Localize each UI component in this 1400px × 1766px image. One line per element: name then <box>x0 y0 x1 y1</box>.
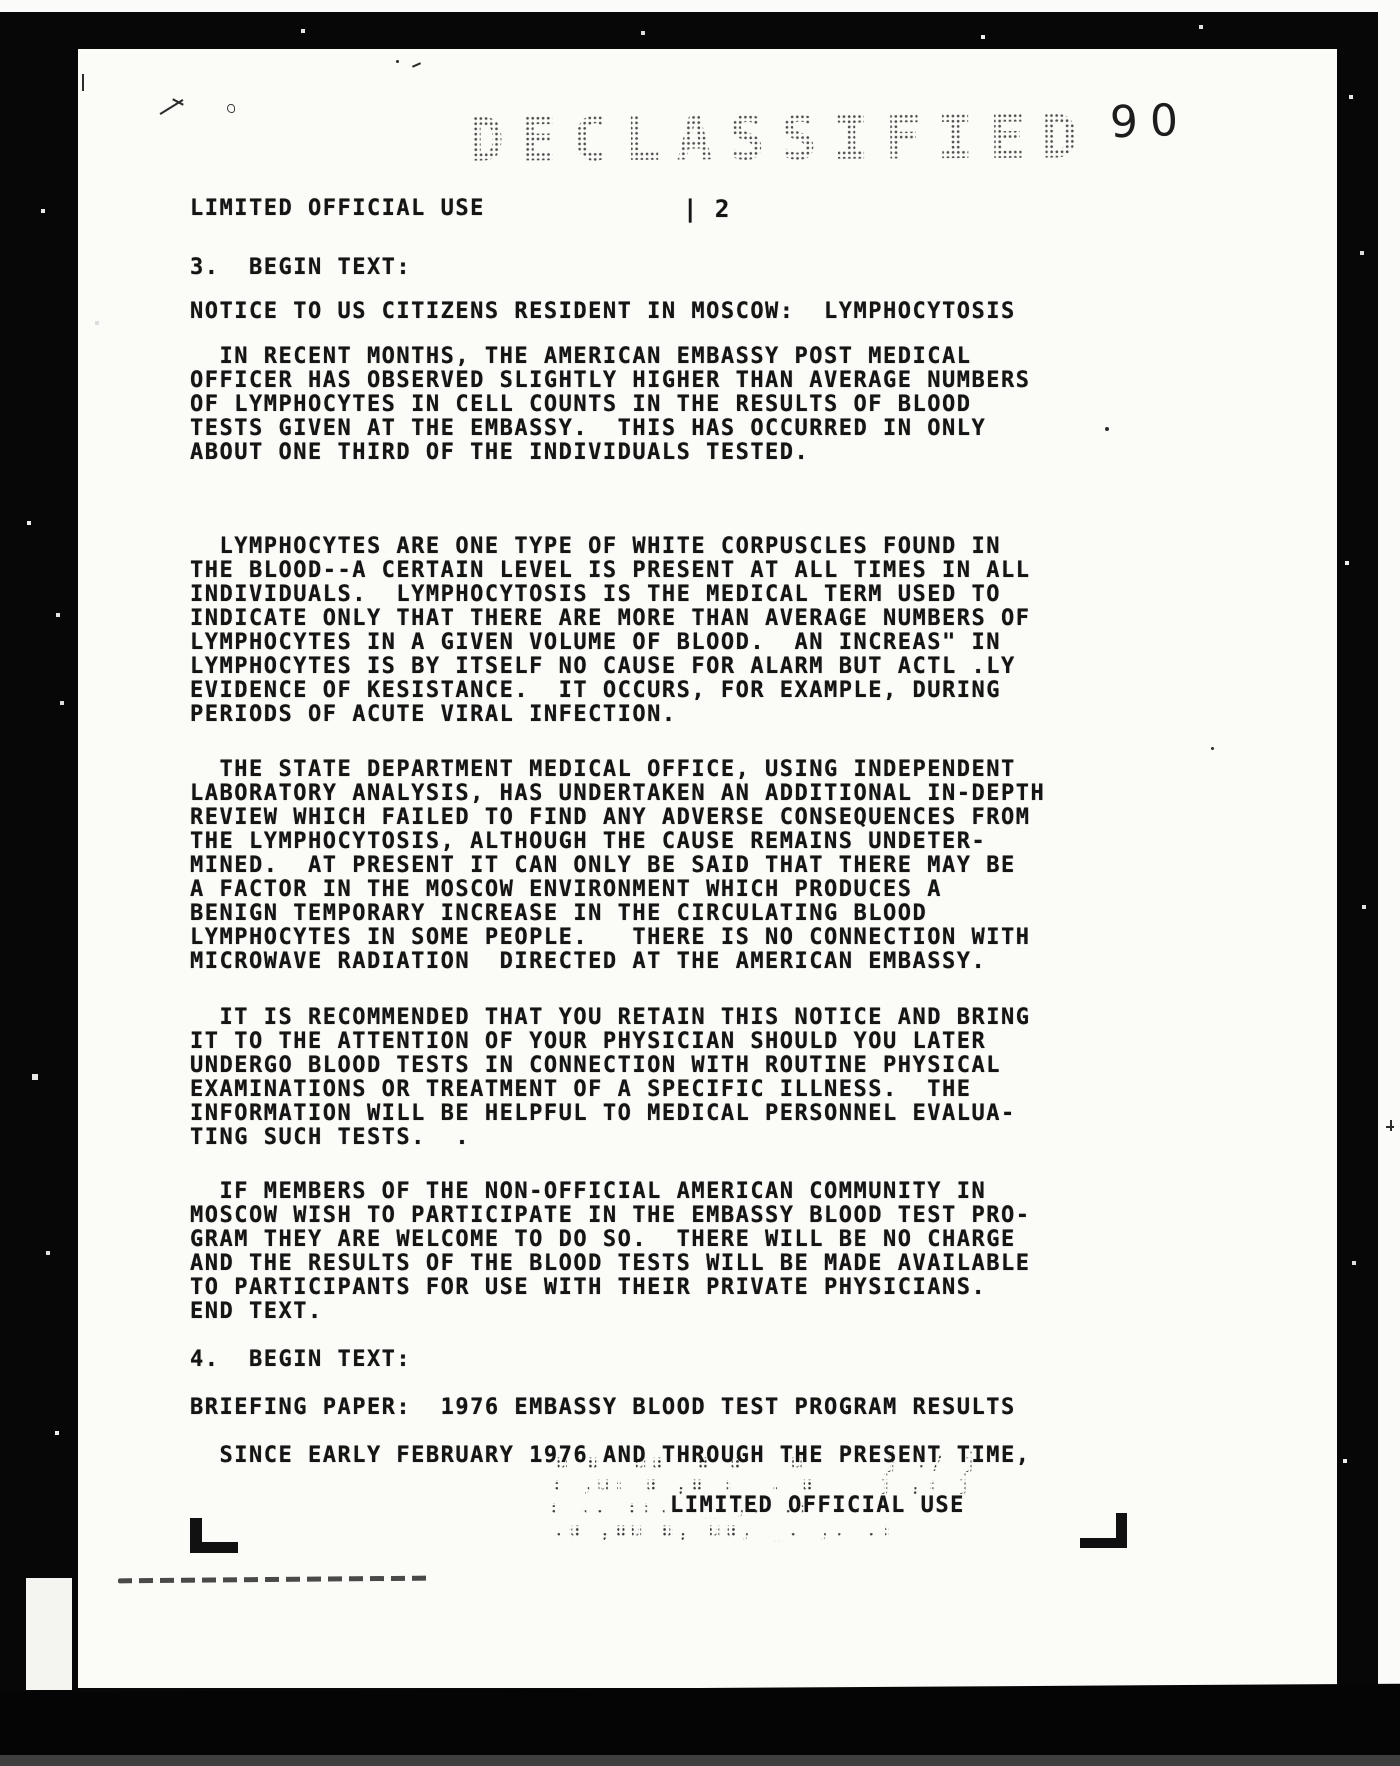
body-paragraph-1: IN RECENT MONTHS, THE AMERICAN EMBASSY P… <box>190 345 1030 465</box>
crop-bracket-left <box>190 1518 238 1553</box>
scan-frame-bottom-band <box>0 1684 1400 1765</box>
ink-speck-a <box>227 104 235 113</box>
classification-footer: LIMITED OFFICIAL USE <box>670 1494 965 1518</box>
body-paragraph-2: LYMPHOCYTES ARE ONE TYPE OF WHITE CORPUS… <box>190 535 1030 727</box>
body-paragraph-4: IT IS RECOMMENDED THAT YOU RETAIN THIS N… <box>190 1006 1030 1150</box>
notice-title: NOTICE TO US CITIZENS RESIDENT IN MOSCOW… <box>190 300 1016 324</box>
scan-frame-right <box>1337 12 1378 1766</box>
crop-bracket-right <box>1080 1513 1127 1548</box>
footer-stamp-row-4: .u ,uu u, uu, _. ,. .: <box>552 1518 896 1542</box>
begin-text-4-label: 4. BEGIN TEXT: <box>190 1348 411 1372</box>
stray-period-2 <box>1211 747 1214 750</box>
scan-bottom-left-sliver <box>26 1578 72 1690</box>
classification-header: LIMITED OFFICIAL USE <box>190 197 485 221</box>
scan-noise-specks <box>0 0 2 2</box>
declassified-stamp: DECLASSIFIED <box>468 102 1094 175</box>
footer-stamp-row-1: u u uu u u u j ./ j <box>556 1450 978 1474</box>
handwritten-page-number: 90 <box>1109 95 1191 149</box>
edge-mark-horizontal <box>1386 1126 1394 1128</box>
scan-frame-left <box>0 12 78 1766</box>
ink-tick-mark <box>82 74 84 91</box>
page-number: | 2 <box>683 197 731 221</box>
scan-right-white-strip <box>1378 0 1400 1766</box>
briefing-paper-title: BRIEFING PAPER: 1976 EMBASSY BLOOD TEST … <box>190 1396 1016 1420</box>
stray-period-1 <box>1105 427 1109 431</box>
body-paragraph-5: IF MEMBERS OF THE NON-OFFICIAL AMERICAN … <box>190 1180 1030 1324</box>
ink-dot-1 <box>396 60 399 63</box>
screenshot-bottom-gray-strip <box>0 1755 1400 1766</box>
scan-frame-top <box>0 12 1378 49</box>
begin-text-3-label: 3. BEGIN TEXT: <box>190 256 411 280</box>
body-paragraph-3: THE STATE DEPARTMENT MEDICAL OFFICE, USI… <box>190 758 1045 974</box>
